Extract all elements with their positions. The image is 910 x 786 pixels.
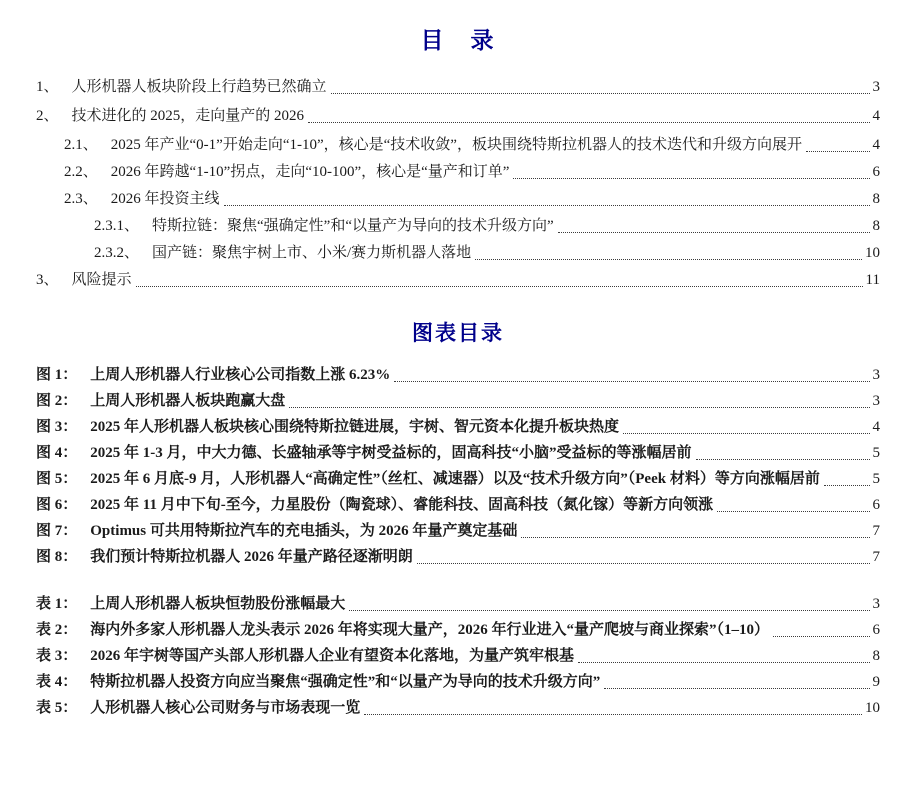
document-page: 目 录 1、人形机器人板块阶段上行趋势已然确立 3 2、技术进化的 2025，走… [0, 0, 910, 786]
dot-leader [824, 485, 870, 486]
toc-entry-text: 人形机器人板块阶段上行趋势已然确立 [72, 79, 327, 95]
figure-entry-number: 图 7： [36, 523, 77, 539]
toc-entry-page: 11 [866, 268, 880, 293]
figure-entry-text: 2025 年 6 月底-9 月，人形机器人“高确定性”（丝杠、减速器）以及“技术… [90, 471, 820, 487]
dot-leader [417, 563, 870, 564]
toc-entry[interactable]: 2.1、2025 年产业“0-1”开始走向“1-10”，核心是“技术收敛”，板块… [36, 133, 880, 158]
figure-entry-text: 2025 年 1-3 月，中大力德、长盛轴承等宇树受益标的，固高科技“小脑”受益… [90, 445, 691, 461]
toc-entry-text: 技术进化的 2025，走向量产的 2026 [72, 108, 305, 124]
toc-entry[interactable]: 2.3.2、国产链：聚焦宇树上市、小米/赛力斯机器人落地 10 [36, 241, 880, 266]
table-entry-body: 表 2：海内外多家人形机器人龙头表示 2026 年将实现大量产，2026 年行业… [36, 618, 769, 643]
figure-entry[interactable]: 图 1：上周人形机器人行业核心公司指数上涨 6.23% 3 [36, 363, 880, 388]
toc-entry-page: 3 [873, 75, 881, 100]
dot-leader [394, 381, 869, 382]
dot-leader [349, 610, 869, 611]
table-list: 表 1：上周人形机器人板块恒勃股份涨幅最大 3 表 2：海内外多家人形机器人龙头… [36, 592, 880, 721]
toc-entry-number: 2.3、 [64, 191, 98, 207]
table-entry[interactable]: 表 2：海内外多家人形机器人龙头表示 2026 年将实现大量产，2026 年行业… [36, 618, 880, 643]
figure-entry-body: 图 6：2025 年 11 月中下旬-至今，力星股份（陶瓷球）、睿能科技、固高科… [36, 493, 713, 518]
figure-entry[interactable]: 图 2：上周人形机器人板块跑赢大盘 3 [36, 389, 880, 414]
toc-entry-text: 特斯拉链：聚焦“强确定性”和“以量产为导向的技术升级方向” [152, 218, 554, 234]
dot-leader [521, 537, 869, 538]
figure-entry-page: 7 [873, 545, 881, 570]
figure-entry-text: 2025 年 11 月中下旬-至今，力星股份（陶瓷球）、睿能科技、固高科技（氮化… [90, 497, 713, 513]
figure-entry-text: 我们预计特斯拉机器人 2026 年量产路径逐渐明朗 [90, 549, 413, 565]
dot-leader [289, 407, 869, 408]
figure-entry-body: 图 4：2025 年 1-3 月，中大力德、长盛轴承等宇树受益标的，固高科技“小… [36, 441, 692, 466]
figure-entry-number: 图 1： [36, 367, 77, 383]
figure-entry-body: 图 3：2025 年人形机器人板块核心围绕特斯拉链进展，宇树、智元资本化提升板块… [36, 415, 619, 440]
toc-entry-body: 1、人形机器人板块阶段上行趋势已然确立 [36, 75, 327, 100]
toc-entry-page: 8 [873, 214, 881, 239]
table-entry-page: 3 [873, 592, 881, 617]
figure-entry-body: 图 5：2025 年 6 月底-9 月，人形机器人“高确定性”（丝杠、减速器）以… [36, 467, 820, 492]
figure-entry[interactable]: 图 4：2025 年 1-3 月，中大力德、长盛轴承等宇树受益标的，固高科技“小… [36, 441, 880, 466]
figure-entry[interactable]: 图 6：2025 年 11 月中下旬-至今，力星股份（陶瓷球）、睿能科技、固高科… [36, 493, 880, 518]
toc-entry-text: 2026 年投资主线 [111, 191, 220, 207]
table-entry-page: 8 [873, 644, 881, 669]
figure-entry-text: Optimus 可共用特斯拉汽车的充电插头，为 2026 年量产奠定基础 [90, 523, 517, 539]
figure-list: 图 1：上周人形机器人行业核心公司指数上涨 6.23% 3 图 2：上周人形机器… [36, 363, 880, 570]
figure-entry-page: 5 [873, 441, 881, 466]
figure-entry-number: 图 4： [36, 445, 77, 461]
toc-entry-page: 6 [873, 160, 881, 185]
toc-entry-page: 8 [873, 187, 881, 212]
figure-entry-page: 3 [873, 389, 881, 414]
figure-entry-body: 图 8：我们预计特斯拉机器人 2026 年量产路径逐渐明朗 [36, 545, 413, 570]
toc-entry-body: 2、技术进化的 2025，走向量产的 2026 [36, 104, 304, 129]
table-entry-page: 9 [873, 670, 881, 695]
figure-entry-page: 5 [873, 467, 881, 492]
toc-entry-number: 2.1、 [64, 137, 98, 153]
toc-entry-page: 4 [873, 133, 881, 158]
figure-entry-text: 上周人形机器人板块跑赢大盘 [90, 393, 285, 409]
figure-entry-number: 图 2： [36, 393, 77, 409]
table-entry-text: 人形机器人核心公司财务与市场表现一览 [90, 700, 360, 716]
dot-leader [578, 662, 869, 663]
dot-leader [696, 459, 870, 460]
figure-entry[interactable]: 图 5：2025 年 6 月底-9 月，人形机器人“高确定性”（丝杠、减速器）以… [36, 467, 880, 492]
toc-entry-page: 10 [865, 241, 880, 266]
figure-entry-text: 2025 年人形机器人板块核心围绕特斯拉链进展，宇树、智元资本化提升板块热度 [90, 419, 619, 435]
table-entry-text: 2026 年宇树等国产头部人形机器人企业有望资本化落地，为量产筑牢根基 [90, 648, 574, 664]
dot-leader [717, 511, 869, 512]
toc-entry-page: 4 [873, 104, 881, 129]
dot-leader [604, 688, 869, 689]
toc-entry-number: 2.3.1、 [94, 218, 139, 234]
toc-entry[interactable]: 2.3、2026 年投资主线 8 [36, 187, 880, 212]
table-entry-text: 上周人形机器人板块恒勃股份涨幅最大 [90, 596, 345, 612]
table-entry-number: 表 4： [36, 674, 77, 690]
toc-entry-number: 2.3.2、 [94, 245, 139, 261]
toc-entry-body: 2.3.2、国产链：聚焦宇树上市、小米/赛力斯机器人落地 [94, 241, 471, 266]
figure-entry[interactable]: 图 7：Optimus 可共用特斯拉汽车的充电插头，为 2026 年量产奠定基础… [36, 519, 880, 544]
toc-entry[interactable]: 2.2、2026 年跨越“1-10”拐点，走向“10-100”，核心是“量产和订… [36, 160, 880, 185]
table-entry-number: 表 5： [36, 700, 77, 716]
table-entry[interactable]: 表 3：2026 年宇树等国产头部人形机器人企业有望资本化落地，为量产筑牢根基 … [36, 644, 880, 669]
table-entry[interactable]: 表 4：特斯拉机器人投资方向应当聚焦“强确定性”和“以量产为导向的技术升级方向”… [36, 670, 880, 695]
table-entry-number: 表 2： [36, 622, 77, 638]
figure-entry-number: 图 8： [36, 549, 77, 565]
toc-entry[interactable]: 1、人形机器人板块阶段上行趋势已然确立 3 [36, 75, 880, 100]
toc-entry-body: 3、风险提示 [36, 268, 132, 293]
table-entry-number: 表 3： [36, 648, 77, 664]
figure-entry-page: 4 [873, 415, 881, 440]
toc-entry-body: 2.3、2026 年投资主线 [64, 187, 220, 212]
toc-entry[interactable]: 2.3.1、特斯拉链：聚焦“强确定性”和“以量产为导向的技术升级方向” 8 [36, 214, 880, 239]
dot-leader [136, 286, 863, 287]
figure-entry-body: 图 7：Optimus 可共用特斯拉汽车的充电插头，为 2026 年量产奠定基础 [36, 519, 517, 544]
figure-entry-body: 图 2：上周人形机器人板块跑赢大盘 [36, 389, 285, 414]
dot-leader [364, 714, 862, 715]
dot-leader [308, 122, 869, 123]
table-entry[interactable]: 表 5：人形机器人核心公司财务与市场表现一览 10 [36, 696, 880, 721]
table-entry[interactable]: 表 1：上周人形机器人板块恒勃股份涨幅最大 3 [36, 592, 880, 617]
toc-entry-number: 1、 [36, 79, 59, 95]
dot-leader [513, 178, 869, 179]
dot-leader [224, 205, 870, 206]
table-entry-body: 表 5：人形机器人核心公司财务与市场表现一览 [36, 696, 360, 721]
toc-title: 目 录 [36, 22, 880, 55]
table-entry-body: 表 1：上周人形机器人板块恒勃股份涨幅最大 [36, 592, 345, 617]
toc-entry-number: 2、 [36, 108, 59, 124]
toc-entry-body: 2.2、2026 年跨越“1-10”拐点，走向“10-100”，核心是“量产和订… [64, 160, 509, 185]
figure-entry[interactable]: 图 3：2025 年人形机器人板块核心围绕特斯拉链进展，宇树、智元资本化提升板块… [36, 415, 880, 440]
dot-leader [331, 93, 870, 94]
toc-entry-text: 2025 年产业“0-1”开始走向“1-10”，核心是“技术收敛”，板块围绕特斯… [111, 137, 802, 153]
table-entry-text: 特斯拉机器人投资方向应当聚焦“强确定性”和“以量产为导向的技术升级方向” [90, 674, 600, 690]
toc-entry-body: 2.1、2025 年产业“0-1”开始走向“1-10”，核心是“技术收敛”，板块… [64, 133, 802, 158]
toc-entry-body: 2.3.1、特斯拉链：聚焦“强确定性”和“以量产为导向的技术升级方向” [94, 214, 554, 239]
figure-entry-page: 7 [873, 519, 881, 544]
table-entry-body: 表 3：2026 年宇树等国产头部人形机器人企业有望资本化落地，为量产筑牢根基 [36, 644, 574, 669]
toc-entry-text: 国产链：聚焦宇树上市、小米/赛力斯机器人落地 [152, 245, 471, 261]
figures-toc-title: 图表目录 [36, 317, 880, 347]
toc-entry[interactable]: 3、风险提示 11 [36, 268, 880, 293]
toc-entry-number: 2.2、 [64, 164, 98, 180]
figure-entry-number: 图 6： [36, 497, 77, 513]
dot-leader [475, 259, 862, 260]
figure-entry-number: 图 5： [36, 471, 77, 487]
table-entry-text: 海内外多家人形机器人龙头表示 2026 年将实现大量产，2026 年行业进入“量… [90, 622, 769, 638]
figure-entry-page: 3 [873, 363, 881, 388]
table-entry-body: 表 4：特斯拉机器人投资方向应当聚焦“强确定性”和“以量产为导向的技术升级方向” [36, 670, 600, 695]
figure-entry-page: 6 [873, 493, 881, 518]
figure-entry-text: 上周人形机器人行业核心公司指数上涨 6.23% [90, 367, 390, 383]
dot-leader [558, 232, 870, 233]
figure-entry-body: 图 1：上周人形机器人行业核心公司指数上涨 6.23% [36, 363, 390, 388]
dot-leader [806, 151, 870, 152]
table-entry-number: 表 1： [36, 596, 77, 612]
dot-leader [773, 636, 869, 637]
toc-list: 1、人形机器人板块阶段上行趋势已然确立 3 2、技术进化的 2025，走向量产的… [36, 75, 880, 293]
figure-entry-number: 图 3： [36, 419, 77, 435]
figure-entry[interactable]: 图 8：我们预计特斯拉机器人 2026 年量产路径逐渐明朗 7 [36, 545, 880, 570]
table-entry-page: 6 [873, 618, 881, 643]
toc-entry-text: 风险提示 [72, 272, 132, 288]
toc-entry-text: 2026 年跨越“1-10”拐点，走向“10-100”，核心是“量产和订单” [111, 164, 510, 180]
toc-entry-number: 3、 [36, 272, 59, 288]
table-entry-page: 10 [865, 696, 880, 721]
toc-entry[interactable]: 2、技术进化的 2025，走向量产的 2026 4 [36, 104, 880, 129]
dot-leader [623, 433, 869, 434]
